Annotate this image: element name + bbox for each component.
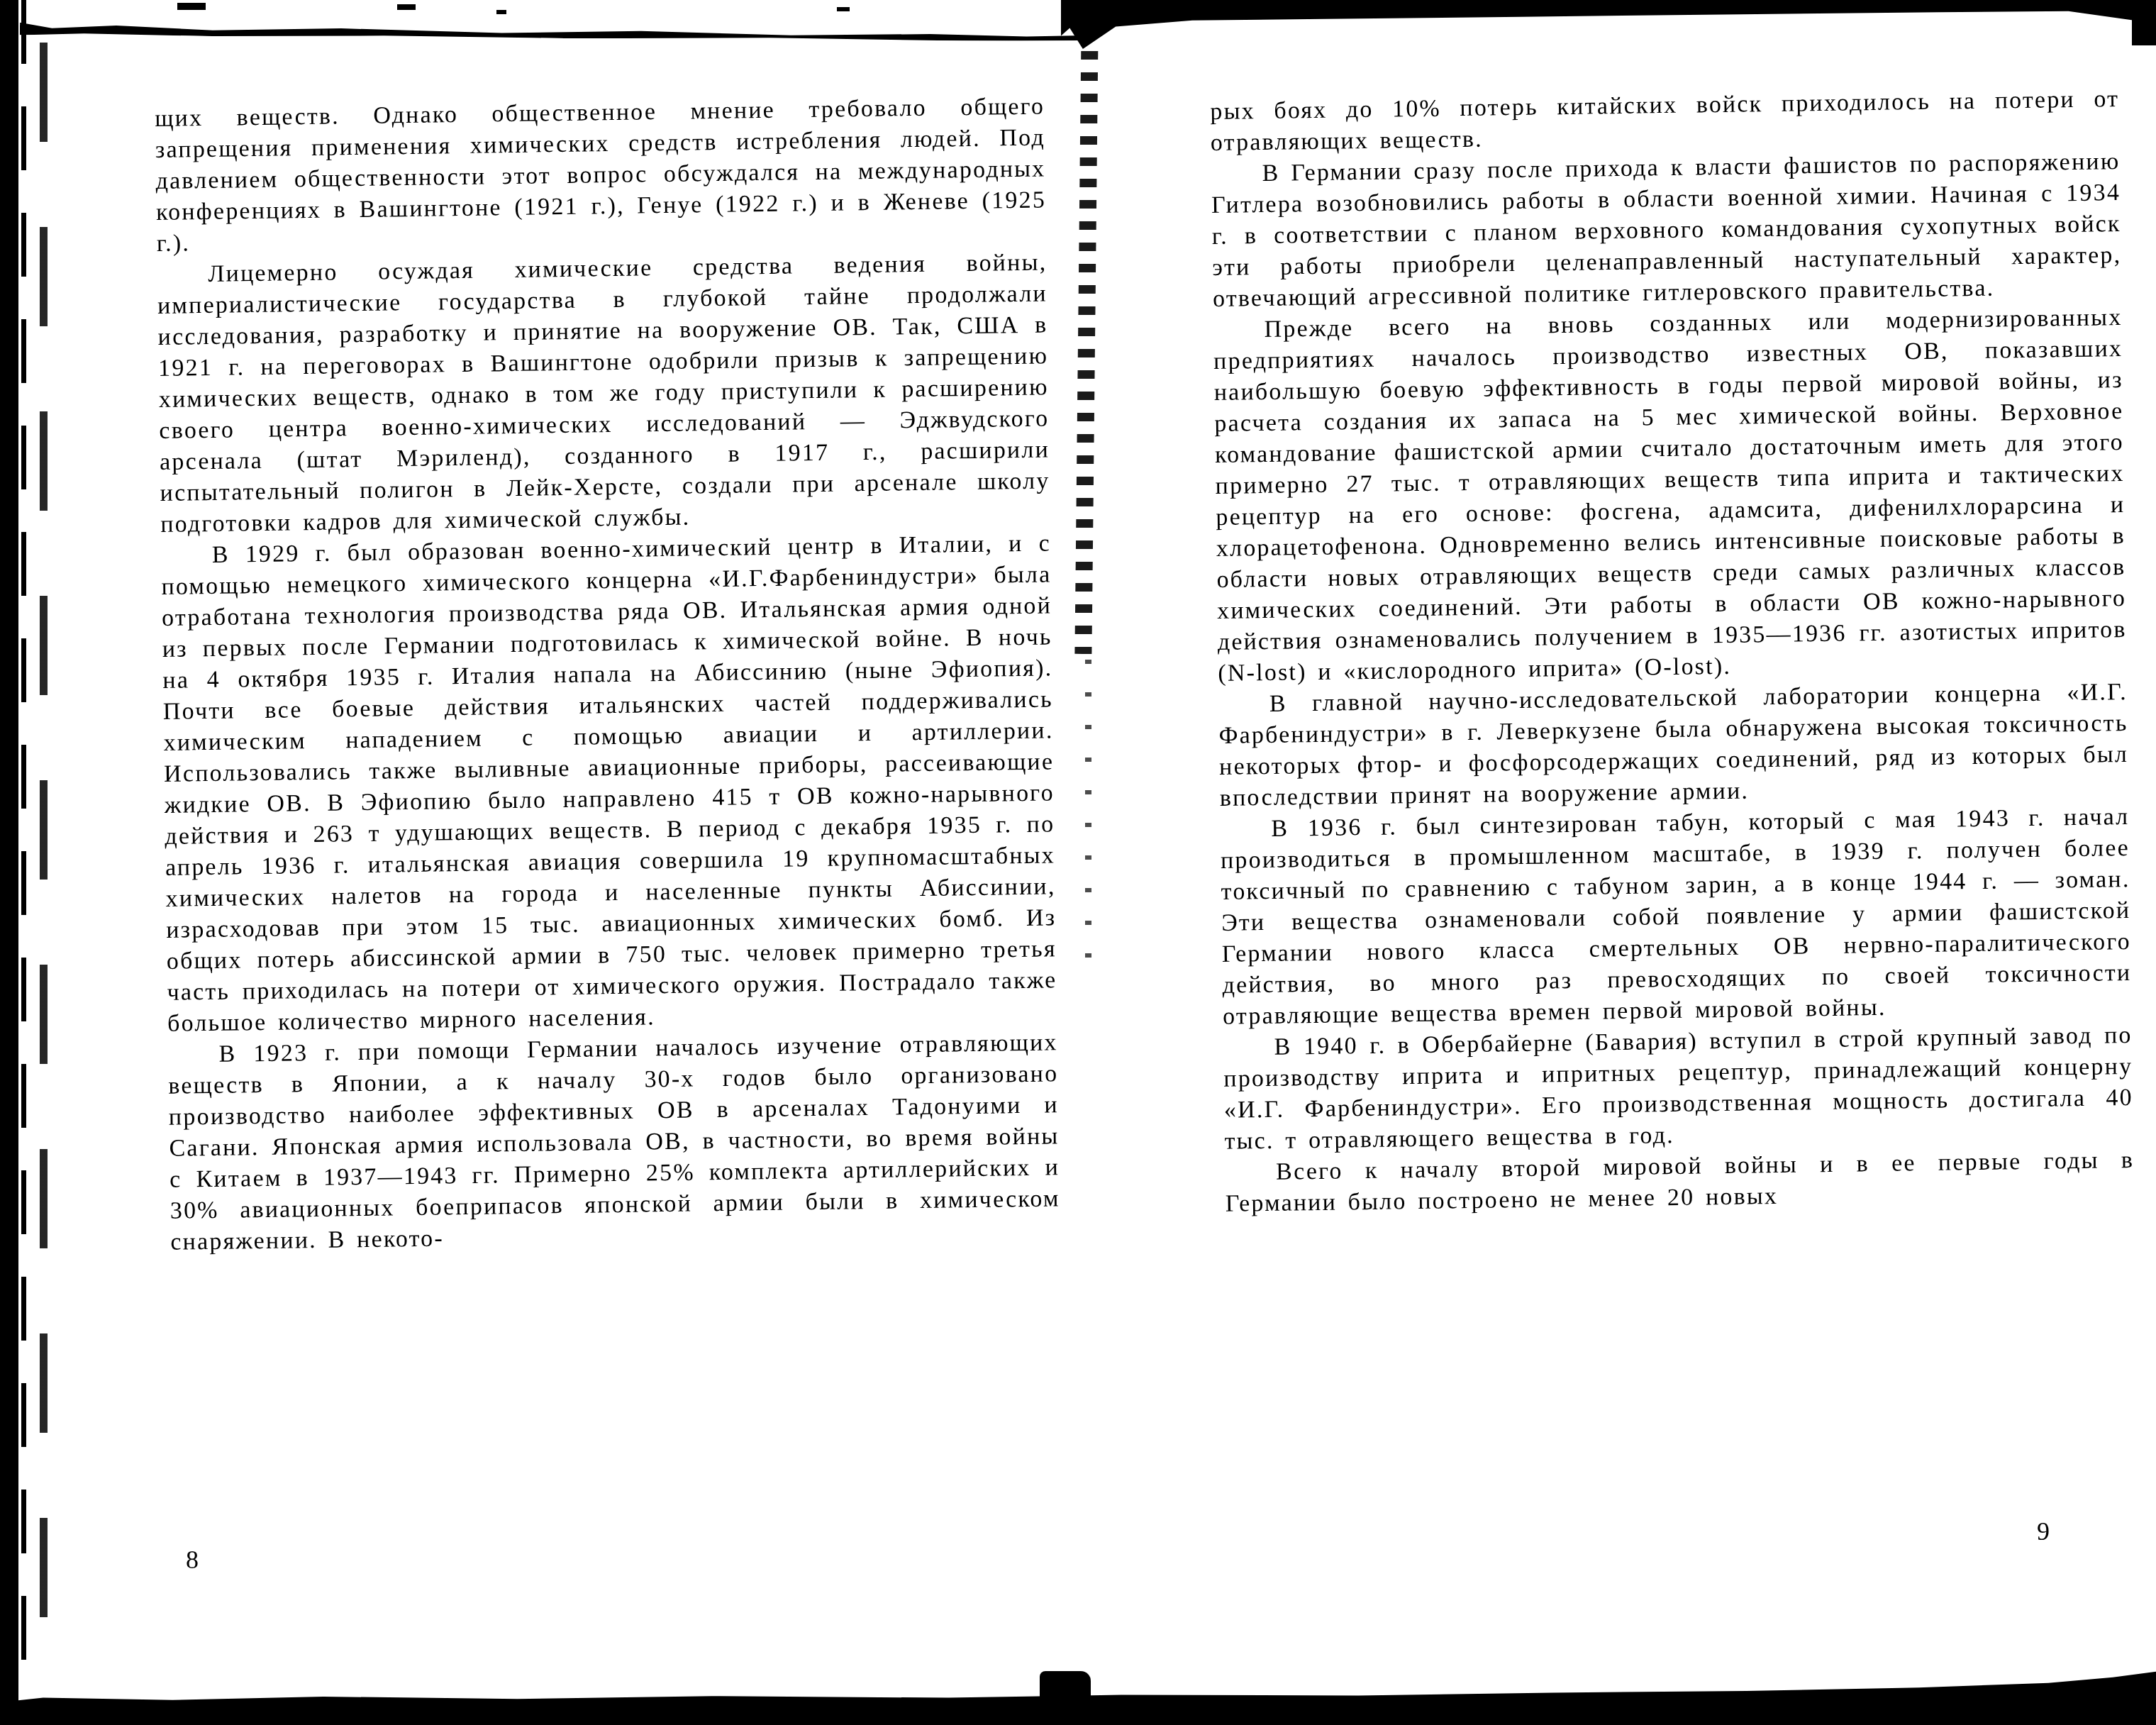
paragraph: В 1929 г. был образован военно-химически… [161,528,1058,1039]
scan-speck [397,4,416,10]
scan-gutter-speckle [1085,660,1091,958]
paragraph: В 1923 г. при помощи Германии началось и… [167,1027,1060,1258]
scan-speck [177,3,206,10]
scan-speck [496,10,506,14]
paragraph: В Германии сразу после прихода к власти … [1211,146,2122,315]
page-number-left: 8 [186,1545,199,1575]
paragraph: В 1936 г. был синтезирован табун, которы… [1220,802,2132,1033]
scan-corner-top-right [2132,0,2156,45]
scan-edge-left-streak [21,0,26,1725]
scanned-book-spread: щих веществ. Однако общественное мнение … [0,0,2156,1725]
left-page-text-column: щих веществ. Однако общественное мнение … [155,91,1061,1258]
scan-smudge-top-left [20,19,1091,41]
paragraph: щих веществ. Однако общественное мнение … [155,91,1047,260]
right-page-text-column: рых боях до 10% потерь китайских войск п… [1210,84,2135,1220]
scan-band-top-right [1061,0,2156,51]
paragraph: Прежде всего на вновь созданных или моде… [1213,302,2127,689]
paragraph: В 1940 г. в Обербайерне (Бавария) вступи… [1223,1020,2133,1158]
scan-gutter-speckle [1074,30,1098,654]
scan-edge-left-streak [40,43,48,1725]
paragraph: В главной научно-исследовательской лабор… [1218,677,2129,814]
paragraph: Всего к началу второй мировой войны и в … [1225,1145,2135,1220]
page-number-right: 9 [2037,1516,2050,1546]
scan-edge-left [0,0,18,1725]
paragraph: Лицемерно осуждая химические средства ве… [157,247,1050,540]
scan-speck [837,7,850,11]
